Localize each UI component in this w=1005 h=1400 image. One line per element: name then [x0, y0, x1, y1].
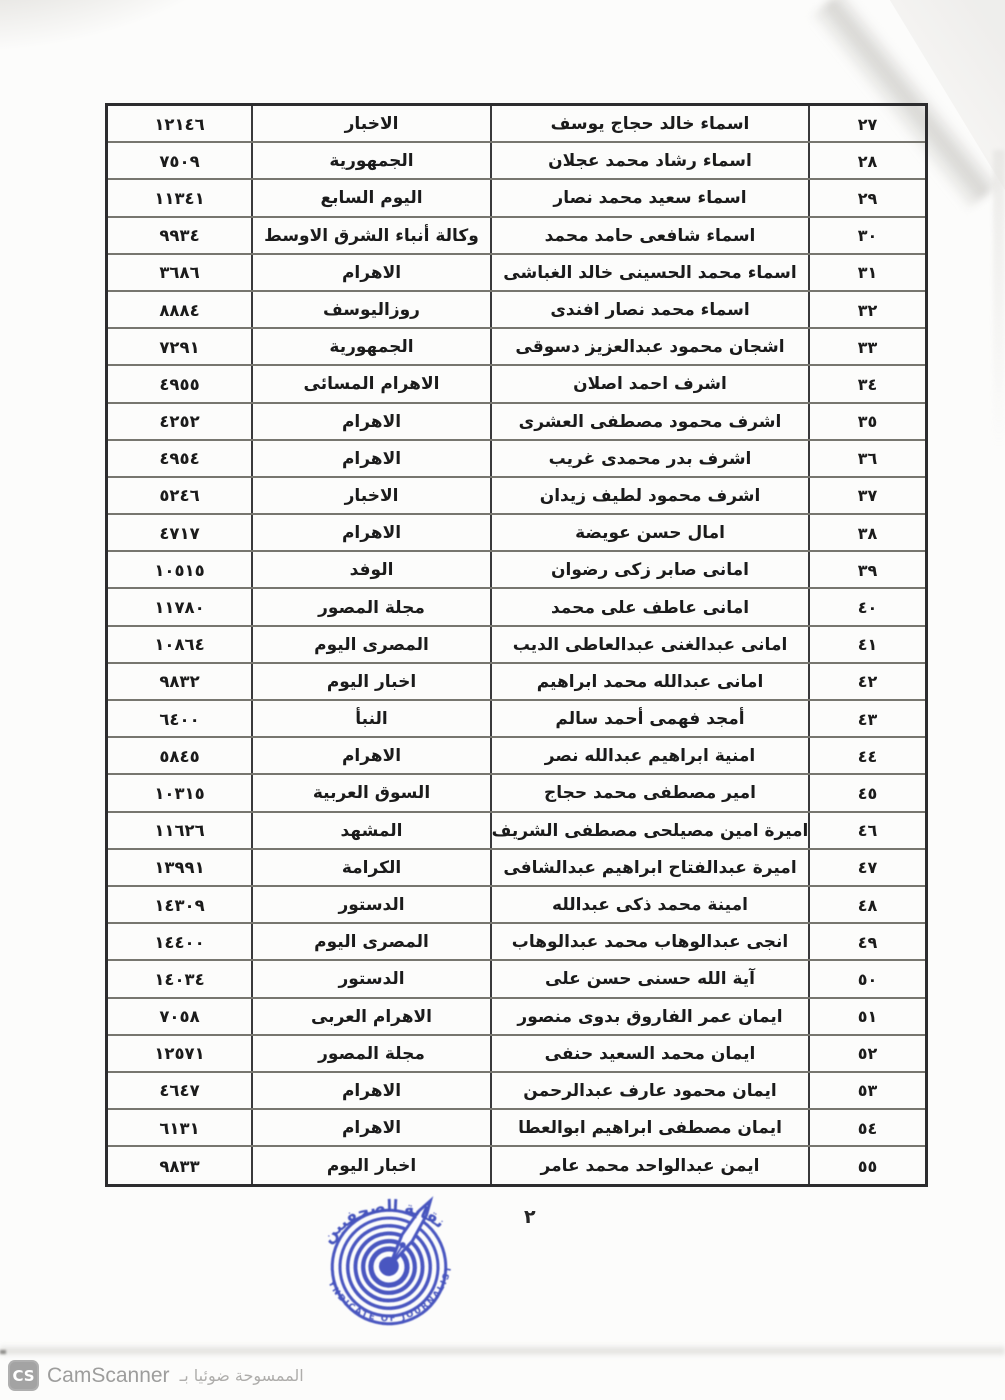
- membership-number-cell: ٤٦٤٧: [108, 1073, 251, 1108]
- newspaper-cell: الاخبار: [251, 106, 490, 141]
- newspaper-cell: المشهد: [251, 813, 490, 848]
- row-number-cell: ٥١: [808, 999, 925, 1034]
- row-number-cell: ٣٣: [808, 329, 925, 364]
- member-name-cell: اشرف احمد اصلان: [490, 366, 808, 401]
- newspaper-cell: الاهرام: [251, 515, 490, 550]
- membership-number-cell: ٥٢٤٦: [108, 478, 251, 513]
- table-row: ٣٧ اشرف محمود لطيف زيدان الاخبار ٥٢٤٦: [108, 478, 925, 515]
- membership-number-cell: ٦٤٠٠: [108, 701, 251, 736]
- page-number: ٢: [524, 1206, 536, 1228]
- membership-number-cell: ٧٥٠٩: [108, 143, 251, 178]
- newspaper-cell: الاهرام: [251, 441, 490, 476]
- membership-number-cell: ١٤٣٠٩: [108, 887, 251, 922]
- row-number-cell: ٢٩: [808, 180, 925, 215]
- table-row: ٥١ ايمان عمر الفاروق بدوى منصور الاهرام …: [108, 999, 925, 1036]
- newspaper-cell: الاهرام العربى: [251, 999, 490, 1034]
- journalists-table: ٢٧ اسماء خالد حجاج يوسف الاخبار ١٢١٤٦ ٢٨…: [105, 103, 928, 1187]
- newspaper-cell: الجمهورية: [251, 143, 490, 178]
- membership-number-cell: ٨٨٨٤: [108, 292, 251, 327]
- row-number-cell: ٣٧: [808, 478, 925, 513]
- newspaper-cell: مجلة المصور: [251, 1036, 490, 1071]
- newspaper-cell: اليوم السابع: [251, 180, 490, 215]
- newspaper-cell: الجمهورية: [251, 329, 490, 364]
- member-name-cell: آية الله حسنى حسن على: [490, 961, 808, 996]
- row-number-cell: ٢٧: [808, 106, 925, 141]
- newspaper-cell: الدستور: [251, 887, 490, 922]
- row-number-cell: ٣٥: [808, 404, 925, 439]
- member-name-cell: اسماء سعيد محمد نصار: [490, 180, 808, 215]
- table-row: ٣٥ اشرف محمود مصطفى العشرى الاهرام ٤٢٥٢: [108, 404, 925, 441]
- member-name-cell: امانى عبدالله محمد ابراهيم: [490, 664, 808, 699]
- table-row: ٤٤ امنية ابراهيم عبدالله نصر الاهرام ٥٨٤…: [108, 738, 925, 775]
- row-number-cell: ٣٨: [808, 515, 925, 550]
- paper-right-edge-shadow: [993, 150, 1005, 450]
- table-row: ٥٤ ايمان مصطفى ابراهيم ابوالعطا الاهرام …: [108, 1110, 925, 1147]
- newspaper-cell: الاهرام: [251, 255, 490, 290]
- row-number-cell: ٤١: [808, 627, 925, 662]
- camscanner-arabic-label: الممسوحة ضوئيا بـ: [180, 1366, 304, 1385]
- pen-nib-icon: [384, 1197, 435, 1269]
- table-row: ٤٥ امير مصطفى محمد حجاج السوق العربية ١٠…: [108, 775, 925, 812]
- membership-number-cell: ١٢٥٧١: [108, 1036, 251, 1071]
- row-number-cell: ٤٢: [808, 664, 925, 699]
- table-row: ٣٨ امال حسن عويضة الاهرام ٤٧١٧: [108, 515, 925, 552]
- newspaper-cell: الاهرام المسائى: [251, 366, 490, 401]
- row-number-cell: ٤٥: [808, 775, 925, 810]
- member-name-cell: ايمان محمود عارف عبدالرحمن: [490, 1073, 808, 1108]
- newspaper-cell: مجلة المصور: [251, 589, 490, 624]
- membership-number-cell: ١١٦٢٦: [108, 813, 251, 848]
- member-name-cell: اسماء محمد نصار افندى: [490, 292, 808, 327]
- membership-number-cell: ٩٨٣٢: [108, 664, 251, 699]
- member-name-cell: اشرف محمود لطيف زيدان: [490, 478, 808, 513]
- stamp-center-dot: [385, 1263, 394, 1272]
- paper-bottom-edge-shadow: [0, 1344, 1005, 1357]
- stamp-english-text: SYNDICATE OF JOURNALISTS: [287, 1168, 462, 1336]
- row-number-cell: ٣٢: [808, 292, 925, 327]
- membership-number-cell: ١١٣٤١: [108, 180, 251, 215]
- newspaper-cell: الاهرام: [251, 738, 490, 773]
- membership-number-cell: ٦١٣١: [108, 1110, 251, 1145]
- newspaper-cell: الدستور: [251, 961, 490, 996]
- row-number-cell: ٣٦: [808, 441, 925, 476]
- table-row: ٤٦ اميرة امين مصيلحى مصطفى الشريف المشهد…: [108, 813, 925, 850]
- membership-number-cell: ١٠٥١٥: [108, 552, 251, 587]
- member-name-cell: اسماء شافعى حامد محمد: [490, 218, 808, 253]
- row-number-cell: ٤٨: [808, 887, 925, 922]
- row-number-cell: ٥٥: [808, 1147, 925, 1184]
- newspaper-cell: السوق العربية: [251, 775, 490, 810]
- table-row: ٥٣ ايمان محمود عارف عبدالرحمن الاهرام ٤٦…: [108, 1073, 925, 1110]
- row-number-cell: ٢٨: [808, 143, 925, 178]
- membership-number-cell: ٣٦٨٦: [108, 255, 251, 290]
- member-name-cell: ايمان مصطفى ابراهيم ابوالعطا: [490, 1110, 808, 1145]
- membership-number-cell: ٤٢٥٢: [108, 404, 251, 439]
- member-name-cell: ايمان عمر الفاروق بدوى منصور: [490, 999, 808, 1034]
- paper-edge-notch: [0, 1350, 6, 1354]
- row-number-cell: ٥٠: [808, 961, 925, 996]
- newspaper-cell: الاخبار: [251, 478, 490, 513]
- member-name-cell: أمجد فهمى أحمد سالم: [490, 701, 808, 736]
- member-name-cell: اميرة عبدالفتاح ابراهيم عبدالشافى: [490, 850, 808, 885]
- table-row: ٣١ اسماء محمد الحسينى خالد الغباشى الاهر…: [108, 255, 925, 292]
- table-row: ٢٩ اسماء سعيد محمد نصار اليوم السابع ١١٣…: [108, 180, 925, 217]
- membership-number-cell: ٤٩٥٤: [108, 441, 251, 476]
- membership-number-cell: ٤٩٥٥: [108, 366, 251, 401]
- row-number-cell: ٥٣: [808, 1073, 925, 1108]
- membership-number-cell: ٧٢٩١: [108, 329, 251, 364]
- row-number-cell: ٤٦: [808, 813, 925, 848]
- member-name-cell: ايمن عبدالواحد محمد عامر: [490, 1147, 808, 1184]
- member-name-cell: امانى عبدالغنى عبدالعاطى الديب: [490, 627, 808, 662]
- row-number-cell: ٤٣: [808, 701, 925, 736]
- newspaper-cell: اخبار اليوم: [251, 664, 490, 699]
- row-number-cell: ٤٤: [808, 738, 925, 773]
- membership-number-cell: ٥٨٤٥: [108, 738, 251, 773]
- newspaper-cell: الكرامة: [251, 850, 490, 885]
- table-row: ٤٣ أمجد فهمى أحمد سالم النبأ ٦٤٠٠: [108, 701, 925, 738]
- table-row: ٣٩ امانى صابر زكى رضوان الوفد ١٠٥١٥: [108, 552, 925, 589]
- table-row: ٣٤ اشرف احمد اصلان الاهرام المسائى ٤٩٥٥: [108, 366, 925, 403]
- member-name-cell: ايمان محمد السعيد حنفى: [490, 1036, 808, 1071]
- newspaper-cell: المصرى اليوم: [251, 924, 490, 959]
- newspaper-cell: الاهرام: [251, 1110, 490, 1145]
- member-name-cell: انجى عبدالوهاب محمد عبدالوهاب: [490, 924, 808, 959]
- member-name-cell: اسماء رشاد محمد عجلان: [490, 143, 808, 178]
- membership-number-cell: ١٠٨٦٤: [108, 627, 251, 662]
- membership-number-cell: ١٤٠٣٤: [108, 961, 251, 996]
- table-row: ٣٠ اسماء شافعى حامد محمد وكالة أنباء الش…: [108, 218, 925, 255]
- member-name-cell: امينة محمد ذكى عبدالله: [490, 887, 808, 922]
- member-name-cell: اسماء محمد الحسينى خالد الغباشى: [490, 255, 808, 290]
- membership-number-cell: ١٣٩٩١: [108, 850, 251, 885]
- scanned-document-page: ٢٧ اسماء خالد حجاج يوسف الاخبار ١٢١٤٦ ٢٨…: [0, 0, 1005, 1400]
- table-row: ٥٥ ايمن عبدالواحد محمد عامر اخبار اليوم …: [108, 1147, 925, 1184]
- newspaper-cell: النبأ: [251, 701, 490, 736]
- newspaper-cell: الوفد: [251, 552, 490, 587]
- row-number-cell: ٣٤: [808, 366, 925, 401]
- table-row: ٣٢ اسماء محمد نصار افندى روزاليوسف ٨٨٨٤: [108, 292, 925, 329]
- table-row: ٤١ امانى عبدالغنى عبدالعاطى الديب المصرى…: [108, 627, 925, 664]
- member-name-cell: امير مصطفى محمد حجاج: [490, 775, 808, 810]
- member-name-cell: اشرف بدر محمدى غريب: [490, 441, 808, 476]
- syndicate-stamp: نقابة الصحفيين SYNDICATE OF JOURNALISTS: [282, 1168, 496, 1365]
- row-number-cell: ٥٤: [808, 1110, 925, 1145]
- newspaper-cell: وكالة أنباء الشرق الاوسط: [251, 218, 490, 253]
- newspaper-cell: اخبار اليوم: [251, 1147, 490, 1184]
- member-name-cell: اسماء خالد حجاج يوسف: [490, 106, 808, 141]
- camscanner-logo-icon: CS: [8, 1360, 39, 1391]
- membership-number-cell: ٤٧١٧: [108, 515, 251, 550]
- table-row: ٤٩ انجى عبدالوهاب محمد عبدالوهاب المصرى …: [108, 924, 925, 961]
- newspaper-cell: روزاليوسف: [251, 292, 490, 327]
- table-row: ٤٠ امانى عاطف على محمد مجلة المصور ١١٧٨٠: [108, 589, 925, 626]
- membership-number-cell: ١٢١٤٦: [108, 106, 251, 141]
- membership-number-cell: ١٤٤٠٠: [108, 924, 251, 959]
- table-row: ٢٧ اسماء خالد حجاج يوسف الاخبار ١٢١٤٦: [108, 106, 925, 143]
- member-name-cell: امانى صابر زكى رضوان: [490, 552, 808, 587]
- newspaper-cell: الاهرام: [251, 404, 490, 439]
- row-number-cell: ٤٠: [808, 589, 925, 624]
- newspaper-cell: المصرى اليوم: [251, 627, 490, 662]
- stamp-arabic-text: نقابة الصحفيين: [314, 1188, 451, 1249]
- member-name-cell: اميرة امين مصيلحى مصطفى الشريف: [490, 813, 808, 848]
- table-row: ٣٣ اشجان محمود عبدالعزيز دسوقى الجمهورية…: [108, 329, 925, 366]
- stamp-rings-icon: [325, 1203, 453, 1331]
- table-row: ٣٦ اشرف بدر محمدى غريب الاهرام ٤٩٥٤: [108, 441, 925, 478]
- membership-number-cell: ٧٠٥٨: [108, 999, 251, 1034]
- member-name-cell: امانى عاطف على محمد: [490, 589, 808, 624]
- row-number-cell: ٤٧: [808, 850, 925, 885]
- row-number-cell: ٣٩: [808, 552, 925, 587]
- row-number-cell: ٣٠: [808, 218, 925, 253]
- membership-number-cell: ٩٩٣٤: [108, 218, 251, 253]
- member-name-cell: اشجان محمود عبدالعزيز دسوقى: [490, 329, 808, 364]
- membership-number-cell: ٩٨٣٣: [108, 1147, 251, 1184]
- row-number-cell: ٤٩: [808, 924, 925, 959]
- table-row: ٢٨ اسماء رشاد محمد عجلان الجمهورية ٧٥٠٩: [108, 143, 925, 180]
- membership-number-cell: ١٠٣١٥: [108, 775, 251, 810]
- membership-number-cell: ١١٧٨٠: [108, 589, 251, 624]
- row-number-cell: ٥٢: [808, 1036, 925, 1071]
- newspaper-cell: الاهرام: [251, 1073, 490, 1108]
- row-number-cell: ٣١: [808, 255, 925, 290]
- camscanner-brand-label: CamScanner: [47, 1364, 170, 1388]
- camscanner-watermark: CS CamScanner الممسوحة ضوئيا بـ: [8, 1360, 304, 1391]
- table-row: ٥٠ آية الله حسنى حسن على الدستور ١٤٠٣٤: [108, 961, 925, 998]
- table-row: ٤٢ امانى عبدالله محمد ابراهيم اخبار اليو…: [108, 664, 925, 701]
- member-name-cell: امال حسن عويضة: [490, 515, 808, 550]
- table-row: ٤٧ اميرة عبدالفتاح ابراهيم عبدالشافى الك…: [108, 850, 925, 887]
- table-row: ٤٨ امينة محمد ذكى عبدالله الدستور ١٤٣٠٩: [108, 887, 925, 924]
- table-row: ٥٢ ايمان محمد السعيد حنفى مجلة المصور ١٢…: [108, 1036, 925, 1073]
- member-name-cell: امنية ابراهيم عبدالله نصر: [490, 738, 808, 773]
- member-name-cell: اشرف محمود مصطفى العشرى: [490, 404, 808, 439]
